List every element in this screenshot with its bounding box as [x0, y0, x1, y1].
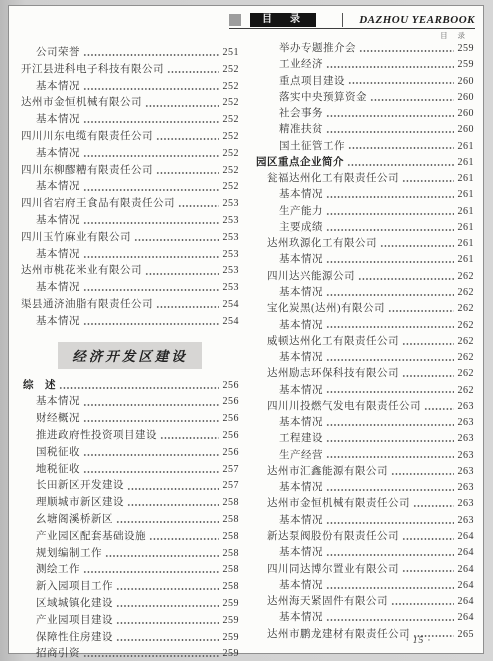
dot-leader [83, 112, 219, 129]
toc-entry-page: 260 [458, 106, 475, 122]
toc-entry-page: 260 [458, 74, 475, 90]
dot-leader [83, 45, 219, 62]
dot-leader [83, 179, 219, 196]
toc-entry-page: 263 [458, 513, 475, 529]
dot-leader [326, 383, 454, 399]
dot-leader [83, 394, 219, 411]
dot-leader [402, 366, 454, 382]
toc-entry-title: 推进政府性投资项目建设 [36, 428, 157, 445]
dot-leader [83, 314, 219, 331]
dot-leader [83, 462, 219, 479]
toc-entry: 长田新区开发建设257 [21, 478, 239, 495]
toc-entry-page: 256 [223, 428, 240, 445]
dot-leader [83, 646, 219, 661]
dot-leader [370, 90, 454, 106]
toc-entry-page: 260 [458, 122, 475, 138]
toc-entry-page: 262 [458, 285, 475, 301]
toc-entry-title: 基本情况 [36, 79, 80, 96]
toc-entry-title: 新达泵阀股份有限责任公司 [267, 529, 399, 545]
toc-entry-page: 253 [223, 196, 240, 213]
toc-entry-title: 达州市桃花米业有限公司 [21, 263, 142, 280]
toc-entry-page: 264 [458, 578, 475, 594]
dot-leader [347, 155, 454, 171]
dot-leader [116, 579, 219, 596]
toc-entry-page: 263 [458, 415, 475, 431]
dot-leader [156, 129, 219, 146]
toc-entry-title: 基本情况 [279, 545, 323, 561]
toc-entry-title: 四川川投燃气发电有限责任公司 [267, 399, 421, 415]
toc-entry-title: 基本情况 [279, 285, 323, 301]
toc-entry-title: 基本情况 [279, 578, 323, 594]
toc-entry-page: 253 [223, 213, 240, 230]
toc-entry: 基本情况264 [256, 610, 474, 626]
toc-entry: 渠县通济油脂有限责任公司254 [21, 297, 239, 314]
toc-entry-title: 基本情况 [36, 280, 80, 297]
toc-entry-page: 259 [458, 57, 475, 73]
toc-entry: 新达泵阀股份有限责任公司264 [256, 529, 474, 545]
toc-entry-title: 生产能力 [279, 204, 323, 220]
toc-entry-page: 262 [458, 350, 475, 366]
toc-entry: 基本情况263 [256, 513, 474, 529]
dot-leader [326, 545, 454, 561]
toc-entry-page: 261 [458, 220, 475, 236]
toc-entry-page: 262 [458, 318, 475, 334]
dot-leader [156, 297, 219, 314]
toc-entry-title: 工程建设 [279, 431, 323, 447]
toc-entry: 保障性住房建设259 [21, 630, 239, 647]
toc-entry-page: 254 [223, 314, 240, 331]
toc-entry: 基本情况252 [21, 146, 239, 163]
toc-column-left: 公司荣誉251开江县进科电子科技有限公司252基本情况252达州市金恒机械有限公… [21, 45, 239, 661]
toc-entry-title: 四川玉竹麻业有限公司 [21, 230, 131, 247]
toc-entry: 达州市金恒机械有限公司252 [21, 95, 239, 112]
toc-entry-title: 保障性住房建设 [36, 630, 113, 647]
toc-entry: 四川川投燃气发电有限责任公司263 [256, 399, 474, 415]
toc-entry-page: 265 [458, 627, 475, 643]
dot-leader [59, 378, 219, 395]
toc-entry-page: 264 [458, 562, 475, 578]
dot-leader [145, 95, 219, 112]
toc-entry-title: 基本情况 [36, 314, 80, 331]
toc-entry-page: 252 [223, 129, 240, 146]
toc-entry-title: 达州励志环保科技有限公司 [267, 366, 399, 382]
toc-entry: 国税征收256 [21, 445, 239, 462]
toc-entry: 四川玉竹麻业有限公司253 [21, 230, 239, 247]
dot-leader [326, 204, 454, 220]
toc-entry-page: 257 [223, 478, 240, 495]
toc-list-right: 举办专题推介会259工业经济259重点项目建设260落实中央预算资金260社会事… [256, 41, 474, 643]
toc-entry: 基本情况261 [256, 252, 474, 268]
toc-entry: 社会事务260 [256, 106, 474, 122]
toc-entry: 基本情况252 [21, 79, 239, 96]
toc-entry-page: 261 [458, 187, 475, 203]
toc-entry: 四川川东电缆有限责任公司252 [21, 129, 239, 146]
toc-entry: 四川同达博尔置业有限公司264 [256, 562, 474, 578]
toc-entry: 规划编制工作258 [21, 546, 239, 563]
dot-leader [116, 630, 219, 647]
dot-leader [326, 122, 454, 138]
toc-entry-title: 基本情况 [279, 480, 323, 496]
toc-column-right: 举办专题推介会259工业经济259重点项目建设260落实中央预算资金260社会事… [256, 41, 474, 643]
toc-entry-page: 252 [223, 79, 240, 96]
toc-entry: 幺塘阁溪桥新区258 [21, 512, 239, 529]
toc-entry-title: 基本情况 [279, 350, 323, 366]
toc-entry-title: 基本情况 [279, 318, 323, 334]
toc-entry-title: 宝化炭黑(达州)有限公司 [267, 301, 385, 317]
toc-entry-title: 基本情况 [279, 383, 323, 399]
toc-entry: 综 述256 [21, 378, 239, 395]
toc-entry: 达州励志环保科技有限公司262 [256, 366, 474, 382]
toc-entry-page: 263 [458, 464, 475, 480]
toc-entry-page: 263 [458, 496, 475, 512]
dot-leader [359, 41, 454, 57]
toc-entry-title: 基本情况 [36, 112, 80, 129]
toc-entry-page: 262 [458, 383, 475, 399]
toc-entry-page: 264 [458, 594, 475, 610]
toc-entry-page: 252 [223, 179, 240, 196]
toc-entry-title: 达州市金恒机械有限公司 [21, 95, 142, 112]
toc-entry-page: 251 [223, 45, 240, 62]
toc-entry: 新入园项目工作258 [21, 579, 239, 596]
toc-entry: 基本情况264 [256, 578, 474, 594]
toc-entry-title: 四川川东电缆有限责任公司 [21, 129, 153, 146]
toc-entry-title: 基本情况 [279, 513, 323, 529]
toc-entry-page: 254 [223, 297, 240, 314]
toc-entry-page: 262 [458, 334, 475, 350]
toc-entry-page: 256 [223, 394, 240, 411]
toc-entry-title: 举办专题推介会 [279, 41, 356, 57]
toc-entry-page: 262 [458, 366, 475, 382]
dot-leader [348, 74, 454, 90]
toc-entry-page: 253 [223, 247, 240, 264]
toc-entry: 地税征收257 [21, 462, 239, 479]
toc-entry-page: 256 [223, 378, 240, 395]
toc-entry-title: 国土征管工作 [279, 139, 345, 155]
toc-entry: 基本情况261 [256, 187, 474, 203]
toc-entry: 基本情况254 [21, 314, 239, 331]
toc-entry-title: 威顿达州化工有限责任公司 [267, 334, 399, 350]
toc-entry: 四川省宕府王食品有限责任公司253 [21, 196, 239, 213]
toc-entry-title: 国税征收 [36, 445, 80, 462]
toc-entry-page: 262 [458, 269, 475, 285]
toc-entry: 基本情况262 [256, 318, 474, 334]
toc-entry: 四川东柳醪糟有限责任公司252 [21, 163, 239, 180]
toc-entry-page: 252 [223, 95, 240, 112]
dot-leader [391, 594, 454, 610]
running-head: 目 录 [440, 30, 469, 41]
toc-entry-page: 258 [223, 512, 240, 529]
dot-leader [326, 578, 454, 594]
toc-entry-page: 252 [223, 146, 240, 163]
dot-leader [402, 334, 454, 350]
dot-leader [413, 496, 454, 512]
dot-leader [127, 478, 219, 495]
toc-entry-title: 长田新区开发建设 [36, 478, 124, 495]
yearbook-title: DAZHOU YEARBOOK [359, 14, 475, 26]
dot-leader [83, 79, 219, 96]
toc-entry-title: 精准扶贫 [279, 122, 323, 138]
dot-leader [326, 350, 454, 366]
toc-entry: 达州市桃花米业有限公司253 [21, 263, 239, 280]
toc-entry-title: 瓮福达州化工有限责任公司 [267, 171, 399, 187]
dot-leader [83, 562, 219, 579]
toc-entry-page: 261 [458, 139, 475, 155]
toc-entry-title: 四川达兴能源公司 [267, 269, 355, 285]
dot-leader [402, 171, 454, 187]
dot-leader [326, 415, 454, 431]
toc-entry-page: 258 [223, 579, 240, 596]
toc-entry: 主要成绩261 [256, 220, 474, 236]
toc-entry-title: 重点项目建设 [279, 74, 345, 90]
dot-leader [178, 196, 219, 213]
dot-leader [160, 428, 219, 445]
dot-leader [326, 57, 454, 73]
toc-entry-title: 区域城镇化建设 [36, 596, 113, 613]
toc-entry-page: 261 [458, 155, 475, 171]
toc-entry: 生产能力261 [256, 204, 474, 220]
toc-entry-title: 落实中央预算资金 [279, 90, 367, 106]
dot-leader [326, 318, 454, 334]
section-header-economic-development-zone: 经济开发区建设 [58, 342, 202, 369]
toc-entry-title: 测绘工作 [36, 562, 80, 579]
toc-entry-title: 产业园项目建设 [36, 613, 113, 630]
toc-entry: 达州海天紧固件有限公司264 [256, 594, 474, 610]
dot-leader [380, 236, 454, 252]
toc-entry: 基本情况263 [256, 415, 474, 431]
toc-entry-page: 258 [223, 495, 240, 512]
toc-entry-title: 基本情况 [36, 179, 80, 196]
dot-leader [326, 480, 454, 496]
toc-entry: 重点项目建设260 [256, 74, 474, 90]
toc-entry-title: 基本情况 [279, 610, 323, 626]
toc-entry: 威顿达州化工有限责任公司262 [256, 334, 474, 350]
toc-entry-title: 达州市鹏龙建材有限责任公司 [267, 627, 410, 643]
dot-leader [134, 230, 219, 247]
toc-entry: 精准扶贫260 [256, 122, 474, 138]
toc-entry: 产业园区配套基础设施258 [21, 529, 239, 546]
toc-entry-page: 260 [458, 90, 475, 106]
toc-entry-title: 渠县通济油脂有限责任公司 [21, 297, 153, 314]
dot-leader [149, 529, 219, 546]
gray-square-marker [229, 14, 241, 26]
toc-entry: 达州市金恒机械有限责任公司263 [256, 496, 474, 512]
dot-leader [402, 529, 454, 545]
toc-entry-title: 基本情况 [36, 394, 80, 411]
toc-entry-page: 259 [223, 613, 240, 630]
dot-leader [326, 431, 454, 447]
toc-entry-page: 259 [223, 646, 240, 661]
toc-entry-title: 基本情况 [36, 146, 80, 163]
toc-list-left-bottom: 综 述256基本情况256财经概况256推进政府性投资项目建设256国税征收25… [21, 378, 239, 661]
toc-entry-title: 财经概况 [36, 411, 80, 428]
toc-entry: 达州市鹏龙建材有限责任公司265 [256, 627, 474, 643]
toc-entry-page: 263 [458, 431, 475, 447]
dot-leader [326, 610, 454, 626]
toc-entry: 工业经济259 [256, 57, 474, 73]
toc-entry: 测绘工作258 [21, 562, 239, 579]
toc-entry-page: 262 [458, 301, 475, 317]
toc-entry-page: 261 [458, 236, 475, 252]
toc-entry: 产业园项目建设259 [21, 613, 239, 630]
toc-entry-title: 基本情况 [36, 213, 80, 230]
toc-entry-page: 257 [223, 462, 240, 479]
toc-entry: 基本情况264 [256, 545, 474, 561]
toc-entry-title: 开江县进科电子科技有限公司 [21, 62, 164, 79]
toc-entry-page: 258 [223, 546, 240, 563]
toc-entry-page: 252 [223, 163, 240, 180]
toc-entry-page: 263 [458, 399, 475, 415]
toc-entry-title: 生产经营 [279, 448, 323, 464]
toc-entry-title: 达州市金恒机械有限责任公司 [267, 496, 410, 512]
dot-leader [388, 301, 454, 317]
toc-entry-title: 幺塘阁溪桥新区 [36, 512, 113, 529]
toc-entry: 基本情况252 [21, 112, 239, 129]
toc-entry: 推进政府性投资项目建设256 [21, 428, 239, 445]
toc-entry-page: 259 [223, 630, 240, 647]
toc-entry: 国土征管工作261 [256, 139, 474, 155]
toc-entry-page: 256 [223, 411, 240, 428]
toc-entry-page: 253 [223, 230, 240, 247]
page-number: · 15 · [406, 636, 431, 646]
toc-entry-title: 四川同达博尔置业有限公司 [267, 562, 399, 578]
toc-entry: 理顺城市新区建设258 [21, 495, 239, 512]
toc-entry-title: 达州海天紧固件有限公司 [267, 594, 388, 610]
toc-entry-title: 工业经济 [279, 57, 323, 73]
dot-leader [127, 495, 219, 512]
toc-entry-title: 基本情况 [36, 247, 80, 264]
toc-entry-title: 达州市汇鑫能源有限公司 [267, 464, 388, 480]
toc-entry-page: 263 [458, 480, 475, 496]
dot-leader [326, 252, 454, 268]
dot-leader [116, 596, 219, 613]
toc-entry-title: 地税征收 [36, 462, 80, 479]
dot-leader [83, 146, 219, 163]
dot-leader [326, 285, 454, 301]
toc-entry-title: 理顺城市新区建设 [36, 495, 124, 512]
toc-entry-page: 252 [223, 112, 240, 129]
dot-leader [83, 213, 219, 230]
toc-entry: 工程建设263 [256, 431, 474, 447]
toc-entry-page: 252 [223, 62, 240, 79]
dot-leader [326, 106, 454, 122]
toc-entry-page: 261 [458, 252, 475, 268]
toc-entry: 公司荣誉251 [21, 45, 239, 62]
toc-entry-page: 264 [458, 529, 475, 545]
toc-list-left-top: 公司荣誉251开江县进科电子科技有限公司252基本情况252达州市金恒机械有限公… [21, 45, 239, 331]
toc-entry-page: 256 [223, 445, 240, 462]
toc-entry: 园区重点企业简介261 [256, 155, 474, 171]
dot-leader [326, 513, 454, 529]
toc-entry: 基本情况256 [21, 394, 239, 411]
dot-leader [116, 613, 219, 630]
toc-entry-title: 四川东柳醪糟有限责任公司 [21, 163, 153, 180]
dot-leader [348, 139, 454, 155]
toc-entry-title: 基本情况 [279, 187, 323, 203]
dot-leader [83, 247, 219, 264]
toc-entry-title: 综 述 [23, 378, 56, 395]
toc-entry-page: 253 [223, 263, 240, 280]
toc-entry: 生产经营263 [256, 448, 474, 464]
dot-leader [358, 269, 454, 285]
toc-entry: 落实中央预算资金260 [256, 90, 474, 106]
dot-leader [83, 445, 219, 462]
dot-leader [83, 411, 219, 428]
toc-entry-page: 261 [458, 204, 475, 220]
toc-entry: 基本情况263 [256, 480, 474, 496]
dot-leader [156, 163, 219, 180]
toc-entry-title: 社会事务 [279, 106, 323, 122]
toc-entry: 达州玖源化工有限公司261 [256, 236, 474, 252]
toc-entry: 基本情况262 [256, 383, 474, 399]
toc-entry: 开江县进科电子科技有限公司252 [21, 62, 239, 79]
toc-entry-page: 259 [458, 41, 475, 57]
toc-entry: 招商引资259 [21, 646, 239, 661]
dot-leader [83, 280, 219, 297]
page-header: 目 录 DAZHOU YEARBOOK [229, 11, 475, 29]
toc-entry-title: 公司荣誉 [36, 45, 80, 62]
toc-entry: 基本情况252 [21, 179, 239, 196]
header-divider [342, 13, 343, 27]
toc-entry-title: 产业园区配套基础设施 [36, 529, 146, 546]
toc-entry: 达州市汇鑫能源有限公司263 [256, 464, 474, 480]
toc-entry-title: 达州玖源化工有限公司 [267, 236, 377, 252]
toc-entry: 基本情况253 [21, 280, 239, 297]
scanned-page: 目 录 DAZHOU YEARBOOK 目 录 公司荣誉251开江县进科电子科技… [8, 5, 484, 654]
dot-leader [167, 62, 219, 79]
toc-entry: 瓮福达州化工有限责任公司261 [256, 171, 474, 187]
toc-entry: 基本情况253 [21, 247, 239, 264]
toc-entry: 基本情况253 [21, 213, 239, 230]
toc-entry-page: 258 [223, 562, 240, 579]
dot-leader [391, 464, 454, 480]
toc-entry-title: 基本情况 [279, 415, 323, 431]
toc-entry: 基本情况262 [256, 350, 474, 366]
toc-entry-title: 主要成绩 [279, 220, 323, 236]
toc-entry: 区域城镇化建设259 [21, 596, 239, 613]
toc-entry-page: 261 [458, 171, 475, 187]
toc-entry-title: 新入园项目工作 [36, 579, 113, 596]
toc-entry-page: 263 [458, 448, 475, 464]
toc-entry-title: 招商引资 [36, 646, 80, 661]
dot-leader [424, 399, 454, 415]
dot-leader [105, 546, 219, 563]
toc-entry: 财经概况256 [21, 411, 239, 428]
toc-entry-page: 259 [223, 596, 240, 613]
toc-entry-title: 基本情况 [279, 252, 323, 268]
toc-entry-page: 264 [458, 610, 475, 626]
dot-leader [145, 263, 219, 280]
toc-entry-page: 258 [223, 529, 240, 546]
dot-leader [326, 220, 454, 236]
toc-entry-title: 规划编制工作 [36, 546, 102, 563]
toc-entry: 基本情况262 [256, 285, 474, 301]
dot-leader [116, 512, 219, 529]
dot-leader [326, 187, 454, 203]
toc-entry: 四川达兴能源公司262 [256, 269, 474, 285]
toc-entry-page: 264 [458, 545, 475, 561]
toc-badge: 目 录 [250, 13, 316, 27]
dot-leader [326, 448, 454, 464]
toc-entry-title: 园区重点企业简介 [256, 155, 344, 171]
toc-entry-page: 253 [223, 280, 240, 297]
toc-entry: 宝化炭黑(达州)有限公司262 [256, 301, 474, 317]
toc-entry-title: 四川省宕府王食品有限责任公司 [21, 196, 175, 213]
dot-leader [402, 562, 454, 578]
toc-entry: 举办专题推介会259 [256, 41, 474, 57]
